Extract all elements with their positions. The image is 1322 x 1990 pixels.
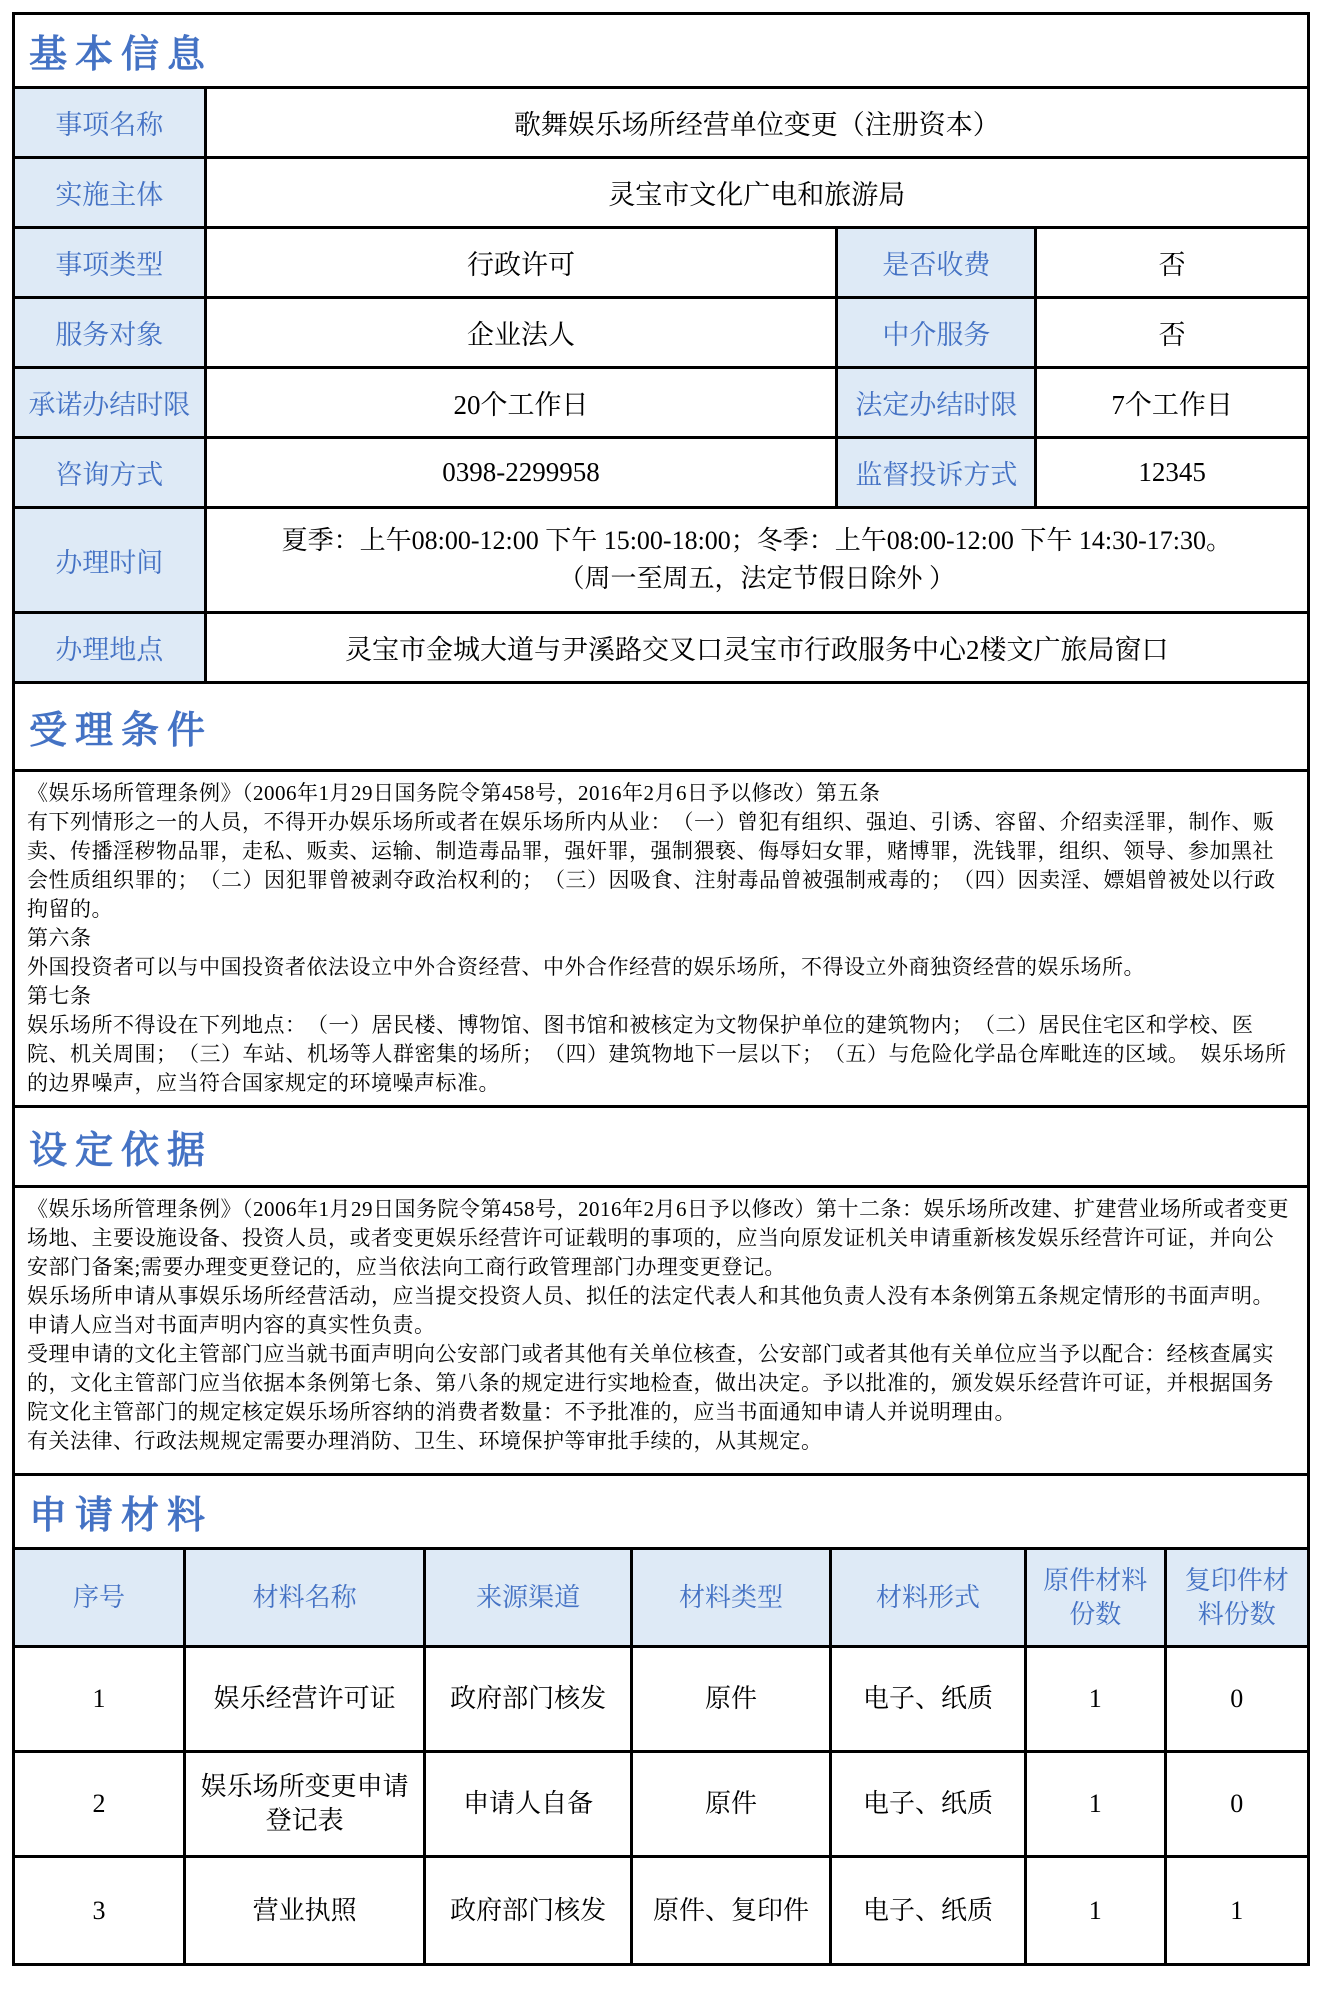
office-location-value: 灵宝市金城大道与尹溪路交叉口灵宝市行政服务中心2楼文广旅局窗口 — [204, 614, 1307, 681]
acceptance-text: 《娱乐场所管理条例》（2006年1月29日国务院令第458号，2016年2月6日… — [15, 772, 1307, 1108]
material-name: 营业执照 — [183, 1858, 423, 1963]
basis-title: 设定依据 — [29, 1119, 213, 1174]
section-title-materials: 申请材料 — [15, 1476, 1307, 1550]
promised-deadline-value: 20个工作日 — [204, 369, 836, 436]
materials-title: 申请材料 — [29, 1484, 213, 1539]
office-hours-label: 办理时间 — [15, 509, 204, 611]
row-agency: 实施主体 灵宝市文化广电和旅游局 — [15, 159, 1307, 229]
fee-label: 是否收费 — [835, 229, 1034, 296]
row-office-location: 办理地点 灵宝市金城大道与尹溪路交叉口灵宝市行政服务中心2楼文广旅局窗口 — [15, 614, 1307, 684]
material-form: 电子、纸质 — [829, 1858, 1024, 1963]
materials-header-seq: 序号 — [15, 1550, 183, 1645]
acceptance-paragraph: 《娱乐场所管理条例》（2006年1月29日国务院令第458号，2016年2月6日… — [27, 779, 1295, 808]
material-copies: 1 — [1164, 1858, 1307, 1963]
material-name: 娱乐场所变更申请登记表 — [183, 1753, 423, 1855]
basis-paragraph: 《娱乐场所管理条例》（2006年1月29日国务院令第458号，2016年2月6日… — [27, 1195, 1295, 1282]
service-target-value: 企业法人 — [204, 299, 836, 366]
materials-row: 3 营业执照 政府部门核发 原件、复印件 电子、纸质 1 1 — [15, 1858, 1307, 1963]
material-copies: 0 — [1164, 1648, 1307, 1750]
materials-header-form: 材料形式 — [829, 1550, 1024, 1645]
material-type: 原件 — [630, 1648, 829, 1750]
acceptance-paragraph: 外国投资者可以与中国投资者依法设立中外合资经营、中外合作经营的娱乐场所，不得设立… — [27, 953, 1295, 982]
agency-label: 实施主体 — [15, 159, 204, 226]
section-title-basic-info: 基本信息 — [15, 15, 1307, 89]
agency-value: 灵宝市文化广电和旅游局 — [204, 159, 1307, 226]
material-form: 电子、纸质 — [829, 1648, 1024, 1750]
item-name-value: 歌舞娱乐场所经营单位变更（注册资本） — [204, 89, 1307, 156]
material-source: 政府部门核发 — [423, 1858, 630, 1963]
item-type-label: 事项类型 — [15, 229, 204, 296]
complaint-phone-label: 监督投诉方式 — [835, 439, 1034, 506]
office-hours-line2: （周一至周五，法定节假日除外 ） — [559, 560, 956, 598]
basic-info-title: 基本信息 — [29, 23, 213, 78]
intermediary-value: 否 — [1034, 299, 1307, 366]
materials-header-name: 材料名称 — [183, 1550, 423, 1645]
materials-row: 2 娱乐场所变更申请登记表 申请人自备 原件 电子、纸质 1 0 — [15, 1753, 1307, 1858]
materials-header-originals: 原件材料份数 — [1024, 1550, 1164, 1645]
row-promised-deadline: 承诺办结时限 20个工作日 法定办结时限 7个工作日 — [15, 369, 1307, 439]
material-originals: 1 — [1024, 1753, 1164, 1855]
materials-row: 1 娱乐经营许可证 政府部门核发 原件 电子、纸质 1 0 — [15, 1648, 1307, 1753]
service-info-document: 基本信息 事项名称 歌舞娱乐场所经营单位变更（注册资本） 实施主体 灵宝市文化广… — [12, 12, 1310, 1966]
material-type: 原件 — [630, 1753, 829, 1855]
material-source: 申请人自备 — [423, 1753, 630, 1855]
consult-phone-value: 0398-2299958 — [204, 439, 836, 506]
consult-phone-label: 咨询方式 — [15, 439, 204, 506]
material-type: 原件、复印件 — [630, 1858, 829, 1963]
materials-header-source: 来源渠道 — [423, 1550, 630, 1645]
material-originals: 1 — [1024, 1648, 1164, 1750]
material-seq: 1 — [15, 1648, 183, 1750]
office-hours-value: 夏季：上午08:00-12:00 下午 15:00-18:00；冬季：上午08:… — [204, 509, 1307, 611]
legal-deadline-value: 7个工作日 — [1034, 369, 1307, 436]
material-name: 娱乐经营许可证 — [183, 1648, 423, 1750]
item-name-label: 事项名称 — [15, 89, 204, 156]
acceptance-title: 受理条件 — [29, 699, 213, 754]
material-seq: 3 — [15, 1858, 183, 1963]
material-originals: 1 — [1024, 1858, 1164, 1963]
acceptance-paragraph: 娱乐场所不得设在下列地点： （一）居民楼、博物馆、图书馆和被核定为文物保护单位的… — [27, 1011, 1295, 1098]
promised-deadline-label: 承诺办结时限 — [15, 369, 204, 436]
material-form: 电子、纸质 — [829, 1753, 1024, 1855]
complaint-phone-value: 12345 — [1034, 439, 1307, 506]
basis-paragraph: 有关法律、行政法规规定需要办理消防、卫生、环境保护等审批手续的，从其规定。 — [27, 1427, 1295, 1456]
row-item-type: 事项类型 行政许可 是否收费 否 — [15, 229, 1307, 299]
row-consult-phone: 咨询方式 0398-2299958 监督投诉方式 12345 — [15, 439, 1307, 509]
section-title-basis: 设定依据 — [15, 1108, 1307, 1188]
material-source: 政府部门核发 — [423, 1648, 630, 1750]
materials-header-row: 序号 材料名称 来源渠道 材料类型 材料形式 原件材料份数 复印件材料份数 — [15, 1550, 1307, 1648]
acceptance-paragraph: 第六条 — [27, 924, 1295, 953]
row-service-target: 服务对象 企业法人 中介服务 否 — [15, 299, 1307, 369]
materials-header-type: 材料类型 — [630, 1550, 829, 1645]
office-hours-line1: 夏季：上午08:00-12:00 下午 15:00-18:00；冬季：上午08:… — [282, 522, 1232, 560]
fee-value: 否 — [1034, 229, 1307, 296]
office-location-label: 办理地点 — [15, 614, 204, 681]
material-seq: 2 — [15, 1753, 183, 1855]
intermediary-label: 中介服务 — [835, 299, 1034, 366]
legal-deadline-label: 法定办结时限 — [835, 369, 1034, 436]
row-office-hours: 办理时间 夏季：上午08:00-12:00 下午 15:00-18:00；冬季：… — [15, 509, 1307, 614]
row-item-name: 事项名称 歌舞娱乐场所经营单位变更（注册资本） — [15, 89, 1307, 159]
material-copies: 0 — [1164, 1753, 1307, 1855]
basis-paragraph: 受理申请的文化主管部门应当就书面声明向公安部门或者其他有关单位核查，公安部门或者… — [27, 1340, 1295, 1427]
basis-text: 《娱乐场所管理条例》（2006年1月29日国务院令第458号，2016年2月6日… — [15, 1188, 1307, 1476]
basis-paragraph: 娱乐场所申请从事娱乐场所经营活动，应当提交投资人员、拟任的法定代表人和其他负责人… — [27, 1282, 1295, 1340]
item-type-value: 行政许可 — [204, 229, 836, 296]
service-target-label: 服务对象 — [15, 299, 204, 366]
section-title-acceptance: 受理条件 — [15, 684, 1307, 772]
materials-header-copies: 复印件材料份数 — [1164, 1550, 1307, 1645]
acceptance-paragraph: 第七条 — [27, 982, 1295, 1011]
acceptance-paragraph: 有下列情形之一的人员，不得开办娱乐场所或者在娱乐场所内从业： （一）曾犯有组织、… — [27, 808, 1295, 924]
